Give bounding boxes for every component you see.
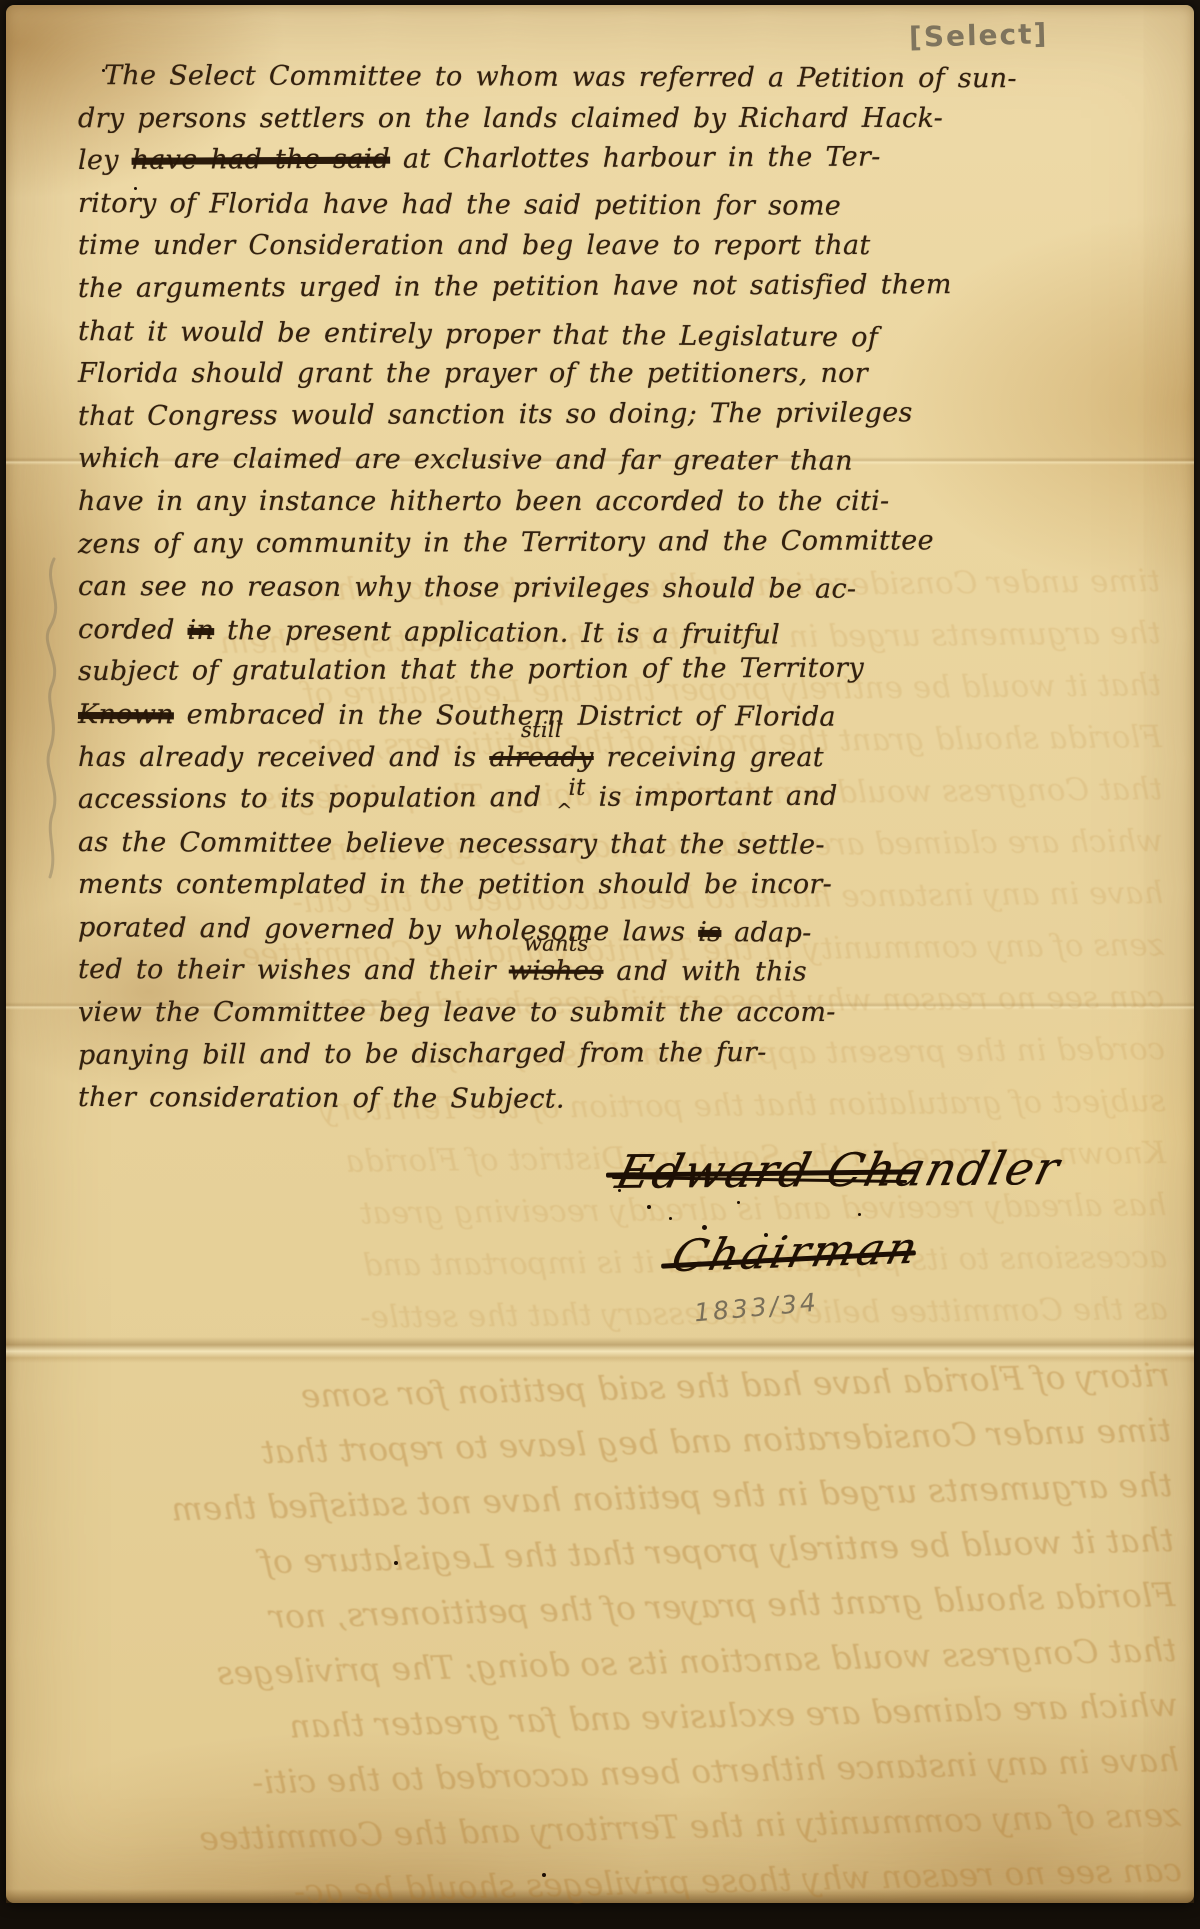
manuscript-line: view the Committee beg leave to submit t…: [78, 992, 978, 1035]
manuscript-line: accessions to its population and ^it is …: [78, 775, 978, 822]
manuscript-line: panying bill and to be discharged from t…: [78, 1031, 978, 1078]
ink-fleck: [858, 1213, 861, 1216]
ink-fleck: [394, 1561, 398, 1565]
ink-fleck: [542, 1873, 546, 1877]
manuscript-line: ments contemplated in the petition shoul…: [78, 864, 978, 907]
manuscript-line: ted to their wishes and their wantswishe…: [78, 949, 978, 995]
ink-bleedthrough-lower: ritory of Florida have had the said peti…: [19, 1347, 1182, 1925]
manuscript-page: time under Consideration and beg leave t…: [6, 5, 1194, 1903]
manuscript-line: ritory of Florida have had the said peti…: [78, 183, 978, 229]
manuscript-line: ther consideration of the Subject.: [78, 1077, 978, 1123]
session-year-annotation: 1833/34: [693, 1288, 820, 1328]
ink-fleck: [818, 1245, 821, 1248]
ink-fleck: [737, 1201, 740, 1204]
inserted-word: still: [521, 720, 562, 741]
manuscript-line: has already received and is stillalready…: [78, 737, 978, 780]
manuscript-body: The Select Committee to whom was referre…: [78, 55, 978, 1120]
manuscript-line: which are claimed are exclusive and far …: [78, 438, 978, 484]
ink-fleck: [102, 69, 105, 72]
manuscript-line: dry persons settlers on the lands claime…: [78, 98, 978, 141]
fold-crease: [6, 1337, 1194, 1363]
manuscript-line: can see no reason why those privileges s…: [78, 566, 978, 612]
manuscript-line: that it would be entirely proper that th…: [78, 311, 978, 361]
document-photo: time under Consideration and beg leave t…: [0, 0, 1200, 1929]
ink-fleck: [618, 1189, 621, 1192]
ink-fleck: [134, 187, 137, 190]
ink-fleck: [669, 1217, 672, 1220]
ink-fleck: [702, 1225, 707, 1230]
manuscript-line: time under Consideration and beg leave t…: [78, 225, 978, 268]
pencil-scribble: [32, 553, 76, 883]
manuscript-line: The Select Committee to whom was referre…: [78, 55, 978, 101]
manuscript-line: ley have had the said at Charlottes harb…: [78, 136, 978, 183]
manuscript-line: the arguments urged in the petition have…: [78, 264, 978, 311]
archivist-select-annotation: [Select]: [909, 17, 1049, 54]
manuscript-line: zens of any community in the Territory a…: [78, 520, 978, 567]
inserted-word: wants: [524, 934, 589, 955]
ink-fleck: [647, 1205, 651, 1209]
manuscript-line: as the Committee believe necessary that …: [78, 822, 978, 868]
fold-crease: [6, 1889, 1194, 1903]
manuscript-line: subject of gratulation that the portion …: [78, 647, 978, 694]
ink-fleck: [764, 1233, 768, 1237]
manuscript-line: that Congress would sanction its so doin…: [78, 392, 978, 439]
manuscript-line: have in any instance hitherto been accor…: [78, 481, 978, 524]
